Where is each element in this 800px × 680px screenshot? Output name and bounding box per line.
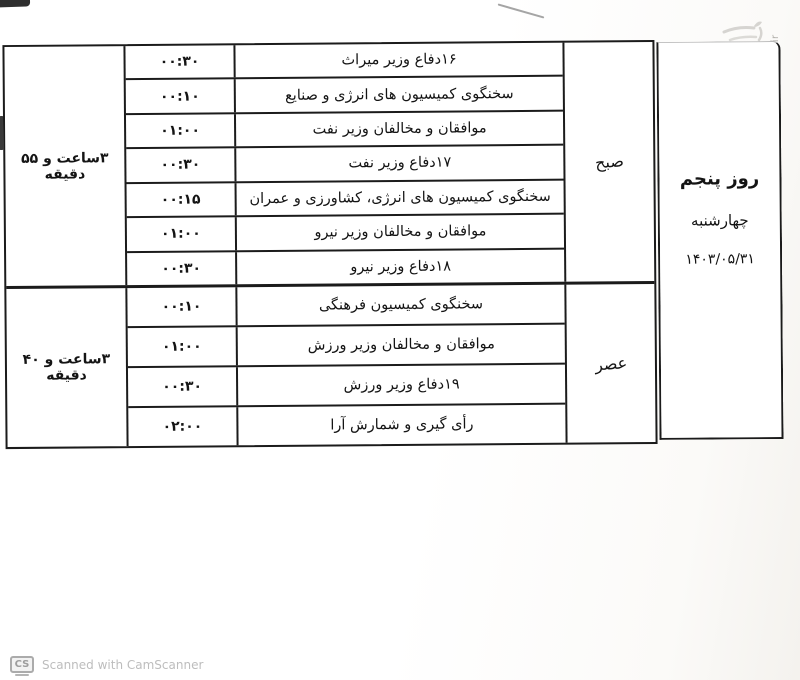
camscanner-label: Scanned with CamScanner: [42, 658, 203, 672]
agenda-item-cell: موافقان و مخالفان وزیر ورزش: [238, 325, 565, 366]
scanned-document-page: mashreghnews.ir ۳ساعت و ۵۵ دقیقه ۰۰:۳۰ ۱…: [0, 0, 800, 680]
section-total-cell: ۳ساعت و ۵۵ دقیقه: [4, 46, 127, 286]
day-info-box: روز پنجم چهارشنبه ۱۴۰۳/۰۵/۳۱: [656, 41, 783, 440]
morning-section: ۳ساعت و ۵۵ دقیقه ۰۰:۳۰ ۱۶دفاع وزیر میراث…: [4, 42, 654, 289]
camscanner-icon: CS: [10, 656, 34, 673]
afternoon-section: ۳ساعت و ۴۰ دقیقه ۰۰:۱۰ سخنگوی کمیسیون فر…: [6, 284, 655, 447]
schedule-row: ۰۰:۱۰ سخنگوی کمیسیون های انرژی و صنایع: [126, 77, 563, 115]
agenda-item-cell: ۱۸دفاع وزیر نیرو: [237, 249, 564, 284]
schedule-table: ۳ساعت و ۵۵ دقیقه ۰۰:۳۰ ۱۶دفاع وزیر میراث…: [2, 40, 657, 449]
agenda-item-cell: سخنگوی کمیسیون های انرژی و صنایع: [236, 77, 563, 112]
section-total-cell: ۳ساعت و ۴۰ دقیقه: [6, 288, 128, 447]
agenda-item-cell: رأی گیری و شمارش آرا: [238, 405, 565, 446]
agenda-item-cell: موافقان و مخالفان وزیر نفت: [236, 112, 563, 147]
duration-cell: ۰۱:۰۰: [127, 217, 237, 250]
day-weekday: چهارشنبه: [691, 211, 749, 229]
agenda-item-cell: ۱۹دفاع وزیر ورزش: [238, 365, 565, 406]
duration-cell: ۰۱:۰۰: [128, 327, 238, 366]
schedule-row: ۰۱:۰۰ موافقان و مخالفان وزیر نیرو: [127, 215, 564, 253]
duration-cell: ۰۰:۳۰: [126, 149, 236, 182]
duration-cell: ۰۰:۳۰: [127, 252, 237, 285]
camscanner-footer: CS Scanned with CamScanner: [10, 656, 203, 673]
scan-artifact-corner: [0, 0, 30, 8]
agenda-item-cell: موافقان و مخالفان وزیر نیرو: [237, 215, 564, 250]
section-rows: ۰۰:۳۰ ۱۶دفاع وزیر میراث ۰۰:۱۰ سخنگوی کمی…: [125, 43, 566, 285]
duration-cell: ۰۰:۳۰: [128, 367, 238, 406]
scan-artifact-scratch: [498, 3, 545, 18]
section-rows: ۰۰:۱۰ سخنگوی کمیسیون فرهنگی ۰۱:۰۰ موافقا…: [127, 285, 567, 446]
duration-cell: ۰۰:۱۰: [127, 287, 237, 326]
schedule-row: ۰۰:۳۰ ۱۶دفاع وزیر میراث: [125, 43, 562, 81]
schedule-row: ۰۰:۱۰ سخنگوی کمیسیون فرهنگی: [127, 285, 564, 328]
agenda-item-cell: سخنگوی کمیسیون های انرژی، کشاورزی و عمرا…: [237, 180, 564, 215]
day-date: ۱۴۰۳/۰۵/۳۱: [685, 251, 755, 268]
schedule-row: ۰۰:۱۵ سخنگوی کمیسیون های انرژی، کشاورزی …: [127, 180, 564, 218]
agenda-item-cell: سخنگوی کمیسیون فرهنگی: [237, 285, 564, 326]
duration-cell: ۰۲:۰۰: [128, 407, 238, 446]
duration-cell: ۰۰:۱۰: [126, 80, 236, 113]
section-period-cell: صبح: [556, 39, 662, 284]
duration-cell: ۰۰:۳۰: [125, 45, 235, 78]
schedule-row: ۰۰:۳۰ ۱۹دفاع وزیر ورزش: [128, 365, 565, 408]
section-period-cell: عصر: [561, 281, 661, 445]
schedule-document: ۳ساعت و ۵۵ دقیقه ۰۰:۳۰ ۱۶دفاع وزیر میراث…: [2, 35, 787, 453]
agenda-item-cell: ۱۶دفاع وزیر میراث: [235, 43, 562, 78]
schedule-row: ۰۱:۰۰ موافقان و مخالفان وزیر ورزش: [128, 325, 565, 368]
duration-cell: ۰۱:۰۰: [126, 114, 236, 147]
schedule-row: ۰۰:۳۰ ۱۸دفاع وزیر نیرو: [127, 249, 564, 285]
schedule-row: ۰۲:۰۰ رأی گیری و شمارش آرا: [128, 405, 565, 446]
duration-cell: ۰۰:۱۵: [127, 183, 237, 216]
schedule-row: ۰۰:۳۰ ۱۷دفاع وزیر نفت: [126, 146, 563, 184]
schedule-row: ۰۱:۰۰ موافقان و مخالفان وزیر نفت: [126, 112, 563, 150]
day-title: روز پنجم: [680, 168, 760, 190]
agenda-item-cell: ۱۷دفاع وزیر نفت: [236, 146, 563, 181]
